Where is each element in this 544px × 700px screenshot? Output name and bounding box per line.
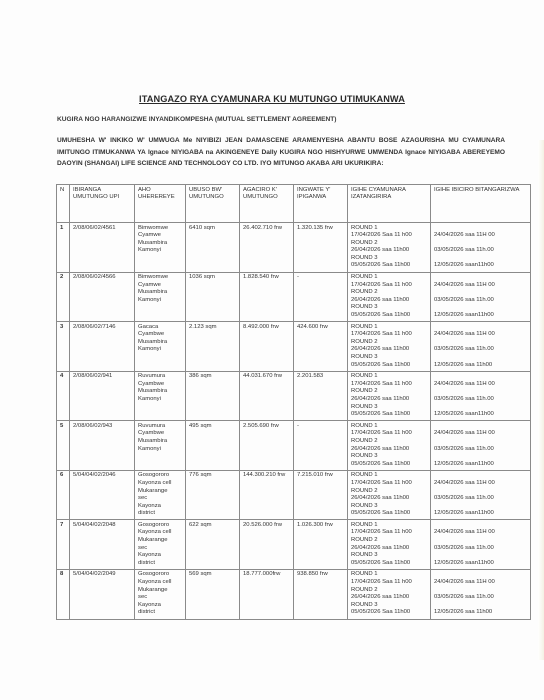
parcel-location: BimwomweCyamweMusambiraKamonyi: [135, 272, 186, 322]
subtitle: KUGIRA NGO HARANGIZWE INYANDIKOMPESHA (M…: [57, 116, 337, 123]
location-line: Mukarange: [138, 587, 182, 595]
auction-rounds: ROUND 117/04/2026 Saa 11 h00ROUND 226/04…: [348, 520, 431, 570]
round-date: 26/04/2026 saa 11h00: [351, 495, 427, 503]
location-line: Cyambwe: [138, 430, 182, 438]
location-line: district: [138, 510, 182, 518]
announcement-dates: 24/04/2026 saa 11H 0003/05/2026 saa 11h.…: [431, 520, 531, 570]
parcel-area: 776 sqm: [186, 470, 240, 520]
parcel-upi: 2/08/06/02/943: [70, 421, 135, 471]
announcement-date: 12/05/2026 saa 11h00: [434, 362, 527, 370]
auction-rounds: ROUND 117/04/2026 Saa 11 h00ROUND 226/04…: [348, 371, 431, 421]
header-upi: IBIRANGA UMUTUNGO UPI: [70, 185, 135, 223]
announcement-dates: 24/04/2026 saa 11H 0003/05/2026 saa 11h.…: [431, 223, 531, 273]
document-page: ITANGAZO RYA CYAMUNARA KU MUTUNGO UTIMUK…: [0, 0, 544, 700]
parcel-location: BimwomweCyamweMusambiraKamonyi: [135, 223, 186, 273]
announcement-date: 24/04/2026 saa 11H 00: [434, 529, 527, 537]
round-label: ROUND 2: [351, 339, 427, 347]
location-line: Kamonyi: [138, 446, 182, 454]
parcel-area: 622 sqm: [186, 520, 240, 570]
parcel-upi: 5/04/04/02/2048: [70, 520, 135, 570]
round-label: ROUND 2: [351, 587, 427, 595]
location-line: Kayonza cell: [138, 480, 182, 488]
location-line: Ruvumura: [138, 373, 182, 381]
parcel-location: GacacaCyambweMusambiraKamonyi: [135, 322, 186, 372]
location-line: Musambira: [138, 339, 182, 347]
announcement-date: 24/04/2026 saa 11H 00: [434, 430, 527, 438]
round-date: 26/04/2026 saa 11h00: [351, 545, 427, 553]
announcement-date: 12/05/2026 saan11h00: [434, 262, 527, 270]
table-row: 75/04/04/02/2048GosogororoKayonza cellMu…: [57, 520, 531, 570]
location-line: Kamonyi: [138, 297, 182, 305]
announcement-date: 12/05/2026 saan11h00: [434, 411, 527, 419]
round-date: 26/04/2026 saa 11h00: [351, 247, 427, 255]
location-line: Kayonza: [138, 602, 182, 610]
round-label: ROUND 1: [351, 373, 427, 381]
table-row: 12/08/06/02/4561BimwomweCyamweMusambiraK…: [57, 223, 531, 273]
round-date: 17/04/2026 Saa 11 h00: [351, 381, 427, 389]
announcement-dates: 24/04/2026 saa 11H 0003/05/2026 saa 11h.…: [431, 322, 531, 372]
announcement-date: 12/05/2026 saa 11h00: [434, 609, 527, 617]
round-date: 05/05/2026 Saa 11h00: [351, 411, 427, 419]
parcel-upi: 5/04/04/02/2049: [70, 569, 135, 619]
round-label: ROUND 2: [351, 488, 427, 496]
location-line: Cyambwe: [138, 381, 182, 389]
header-deposit: INGWATE Y' IPIGANWA: [294, 185, 348, 223]
location-line: Cyamwe: [138, 232, 182, 240]
announcement-dates: 24/04/2026 saa 11H 0003/05/2026 saa 11h.…: [431, 272, 531, 322]
round-label: ROUND 3: [351, 255, 427, 263]
auction-rounds: ROUND 117/04/2026 Saa 11 h00ROUND 226/04…: [348, 470, 431, 520]
row-number: 1: [57, 223, 70, 273]
announcement-date: 03/05/2026 saa 11h.00: [434, 396, 527, 404]
location-line: Gacaca: [138, 324, 182, 332]
parcel-area: 6410 sqm: [186, 223, 240, 273]
auction-deposit: 1.026.300 frw: [294, 520, 348, 570]
auction-rounds: ROUND 117/04/2026 Saa 11 h00ROUND 226/04…: [348, 272, 431, 322]
row-number: 6: [57, 470, 70, 520]
round-label: ROUND 1: [351, 274, 427, 282]
location-line: district: [138, 560, 182, 568]
auction-deposit: 2.201.583: [294, 371, 348, 421]
row-number: 5: [57, 421, 70, 471]
header-auction-start: IGIHE CYAMUNARA IZATANGIRIRA: [348, 185, 431, 223]
parcel-value: 18.777.000frw: [240, 569, 294, 619]
intro-paragraph: UMUHESHA W' INKIKO W' UMWUGA Me NIYIBIZI…: [57, 135, 505, 170]
page-title: ITANGAZO RYA CYAMUNARA KU MUTUNGO UTIMUK…: [0, 94, 544, 104]
auction-rounds: ROUND 117/04/2026 Saa 11 h00ROUND 226/04…: [348, 322, 431, 372]
announcement-dates: 24/04/2026 saa 11H 0003/05/2026 saa 11h.…: [431, 569, 531, 619]
parcel-value: 44.031.670 frw: [240, 371, 294, 421]
announcement-date: 03/05/2026 saa 11h.00: [434, 346, 527, 354]
announcement-dates: 24/04/2026 saa 11H 0003/05/2026 saa 11h.…: [431, 470, 531, 520]
parcel-location: GosogororoKayonza cellMukarangesecKayonz…: [135, 569, 186, 619]
announcement-date: 12/05/2026 saan11h00: [434, 312, 527, 320]
location-line: Kayonza cell: [138, 579, 182, 587]
round-date: 17/04/2026 Saa 11 h00: [351, 331, 427, 339]
round-label: ROUND 3: [351, 602, 427, 610]
round-date: 05/05/2026 Saa 11h00: [351, 262, 427, 270]
parcel-upi: 2/08/06/02/7146: [70, 322, 135, 372]
parcel-value: 20.526.000 frw: [240, 520, 294, 570]
round-label: ROUND 2: [351, 438, 427, 446]
table-body: 12/08/06/02/4561BimwomweCyamweMusambiraK…: [57, 223, 531, 620]
location-line: Kayonza: [138, 503, 182, 511]
parcel-area: 2.123 sqm: [186, 322, 240, 372]
location-line: Kamonyi: [138, 396, 182, 404]
round-date: 26/04/2026 saa 11h00: [351, 297, 427, 305]
parcel-area: 569 sqm: [186, 569, 240, 619]
round-date: 05/05/2026 Saa 11h00: [351, 312, 427, 320]
row-number: 8: [57, 569, 70, 619]
table-row: 22/08/06/02/4566BimwomweCyamweMusambiraK…: [57, 272, 531, 322]
round-date: 17/04/2026 Saa 11 h00: [351, 430, 427, 438]
round-label: ROUND 1: [351, 571, 427, 579]
location-line: Mukarange: [138, 537, 182, 545]
location-line: Cyambwe: [138, 331, 182, 339]
round-date: 17/04/2026 Saa 11 h00: [351, 480, 427, 488]
parcel-value: 144.300.210 frw: [240, 470, 294, 520]
location-line: sec: [138, 594, 182, 602]
round-date: 05/05/2026 Saa 11h00: [351, 461, 427, 469]
properties-table: N IBIRANGA UMUTUNGO UPI AHO UHEREREYE UB…: [56, 184, 531, 620]
round-label: ROUND 1: [351, 225, 427, 233]
auction-deposit: 424.600 frw: [294, 322, 348, 372]
table-row: 65/04/04/02/2046GosogororoKayonza cellMu…: [57, 470, 531, 520]
announcement-date: 03/05/2026 saa 11h.00: [434, 594, 527, 602]
auction-rounds: ROUND 117/04/2026 Saa 11 h00ROUND 226/04…: [348, 569, 431, 619]
parcel-value: 26.402.710 frw: [240, 223, 294, 273]
table-row: 52/08/06/02/943RuvumuraCyambweMusambiraK…: [57, 421, 531, 471]
round-date: 17/04/2026 Saa 11 h00: [351, 232, 427, 240]
header-n: N: [57, 185, 70, 223]
parcel-upi: 2/08/06/02/4566: [70, 272, 135, 322]
location-line: district: [138, 609, 182, 617]
header-location: AHO UHEREREYE: [135, 185, 186, 223]
parcel-location: RuvumuraCyambweMusambiraKamonyi: [135, 421, 186, 471]
announcement-date: 12/05/2026 saan11h00: [434, 461, 527, 469]
round-date: 05/05/2026 Saa 11h00: [351, 510, 427, 518]
announcement-date: 03/05/2026 saa 11h.00: [434, 446, 527, 454]
announcement-date: 03/05/2026 saa 11h.00: [434, 495, 527, 503]
parcel-location: GosogororoKayonza cellMukarangesecKayonz…: [135, 470, 186, 520]
round-label: ROUND 3: [351, 304, 427, 312]
auction-deposit: -: [294, 421, 348, 471]
round-date: 17/04/2026 Saa 11 h00: [351, 529, 427, 537]
announcement-date: 03/05/2026 saa 11h.00: [434, 545, 527, 553]
location-line: Ruvumura: [138, 423, 182, 431]
round-label: ROUND 2: [351, 289, 427, 297]
round-date: 17/04/2026 Saa 11 h00: [351, 579, 427, 587]
round-label: ROUND 3: [351, 503, 427, 511]
location-line: Gosogororo: [138, 522, 182, 530]
table-row: 85/04/04/02/2049GosogororoKayonza cellMu…: [57, 569, 531, 619]
announcement-date: 24/04/2026 saa 11H 00: [434, 381, 527, 389]
round-label: ROUND 2: [351, 537, 427, 545]
location-line: Musambira: [138, 289, 182, 297]
parcel-upi: 2/08/06/02/941: [70, 371, 135, 421]
parcel-upi: 2/08/06/02/4561: [70, 223, 135, 273]
round-date: 26/04/2026 saa 11h00: [351, 446, 427, 454]
round-label: ROUND 3: [351, 453, 427, 461]
auction-deposit: 1.320.135 frw: [294, 223, 348, 273]
announcement-date: 24/04/2026 saa 11H 00: [434, 579, 527, 587]
auction-deposit: 938.850 frw: [294, 569, 348, 619]
parcel-location: GosogororoKayonza cellMukarangesecKayonz…: [135, 520, 186, 570]
parcel-area: 495 sqm: [186, 421, 240, 471]
round-label: ROUND 1: [351, 324, 427, 332]
parcel-value: 8.492.000 frw: [240, 322, 294, 372]
round-label: ROUND 2: [351, 388, 427, 396]
announcement-dates: 24/04/2026 saa 11H 0003/05/2026 saa 11h.…: [431, 421, 531, 471]
location-line: Gosogororo: [138, 571, 182, 579]
location-line: Musambira: [138, 240, 182, 248]
location-line: sec: [138, 545, 182, 553]
row-number: 2: [57, 272, 70, 322]
auction-rounds: ROUND 117/04/2026 Saa 11 h00ROUND 226/04…: [348, 223, 431, 273]
parcel-area: 386 sqm: [186, 371, 240, 421]
announcement-date: 12/05/2026 saan11h00: [434, 560, 527, 568]
announcement-date: 24/04/2026 saa 11H 00: [434, 480, 527, 488]
location-line: Kamonyi: [138, 346, 182, 354]
row-number: 3: [57, 322, 70, 372]
round-label: ROUND 3: [351, 354, 427, 362]
round-label: ROUND 1: [351, 423, 427, 431]
table-header-row: N IBIRANGA UMUTUNGO UPI AHO UHEREREYE UB…: [57, 185, 531, 223]
round-label: ROUND 3: [351, 404, 427, 412]
announcement-date: 24/04/2026 saa 11H 00: [434, 232, 527, 240]
location-line: Kayonza: [138, 552, 182, 560]
header-value: AGACIRO K' UMUTUNGO: [240, 185, 294, 223]
header-price-announcement: IGIHE IBICIRO BITANGARIZWA: [431, 185, 531, 223]
round-date: 26/04/2026 saa 11h00: [351, 346, 427, 354]
round-date: 05/05/2026 Saa 11h00: [351, 560, 427, 568]
location-line: Musambira: [138, 388, 182, 396]
table-row: 42/08/06/02/941RuvumuraCyambweMusambiraK…: [57, 371, 531, 421]
announcement-dates: 24/04/2026 saa 11H 0003/05/2026 saa 11h.…: [431, 371, 531, 421]
row-number: 4: [57, 371, 70, 421]
round-date: 17/04/2026 Saa 11 h00: [351, 282, 427, 290]
parcel-upi: 5/04/04/02/2046: [70, 470, 135, 520]
scan-edge: [538, 140, 544, 660]
round-label: ROUND 1: [351, 522, 427, 530]
round-label: ROUND 3: [351, 552, 427, 560]
round-date: 26/04/2026 saa 11h00: [351, 396, 427, 404]
header-area: UBUSO BW' UMUTUNGO: [186, 185, 240, 223]
parcel-area: 1036 sqm: [186, 272, 240, 322]
round-date: 26/04/2026 saa 11h00: [351, 594, 427, 602]
round-date: 05/05/2026 Saa 11h00: [351, 609, 427, 617]
title-text: ITANGAZO RYA CYAMUNARA KU MUTUNGO UTIMUK…: [139, 94, 405, 104]
announcement-date: 12/05/2026 saan11h00: [434, 510, 527, 518]
auction-rounds: ROUND 117/04/2026 Saa 11 h00ROUND 226/04…: [348, 421, 431, 471]
location-line: Cyamwe: [138, 282, 182, 290]
round-label: ROUND 2: [351, 240, 427, 248]
announcement-date: 24/04/2026 saa 11H 00: [434, 331, 527, 339]
location-line: Musambira: [138, 438, 182, 446]
table-row: 32/08/06/02/7146GacacaCyambweMusambiraKa…: [57, 322, 531, 372]
location-line: Bimwomwe: [138, 274, 182, 282]
announcement-date: 03/05/2026 saa 11h.00: [434, 247, 527, 255]
location-line: Mukarange: [138, 488, 182, 496]
parcel-location: RuvumuraCyambweMusambiraKamonyi: [135, 371, 186, 421]
round-date: 05/05/2026 Saa 11h00: [351, 362, 427, 370]
round-label: ROUND 1: [351, 472, 427, 480]
location-line: Bimwomwe: [138, 225, 182, 233]
auction-deposit: 7.215.010 frw: [294, 470, 348, 520]
location-line: Kamonyi: [138, 247, 182, 255]
announcement-date: 03/05/2026 saa 11h.00: [434, 297, 527, 305]
announcement-date: 24/04/2026 saa 11H 00: [434, 282, 527, 290]
parcel-value: 1.828.540 frw: [240, 272, 294, 322]
auction-deposit: -: [294, 272, 348, 322]
location-line: sec: [138, 495, 182, 503]
parcel-value: 2.505.690 frw: [240, 421, 294, 471]
location-line: Gosogororo: [138, 472, 182, 480]
location-line: Kayonza cell: [138, 529, 182, 537]
row-number: 7: [57, 520, 70, 570]
